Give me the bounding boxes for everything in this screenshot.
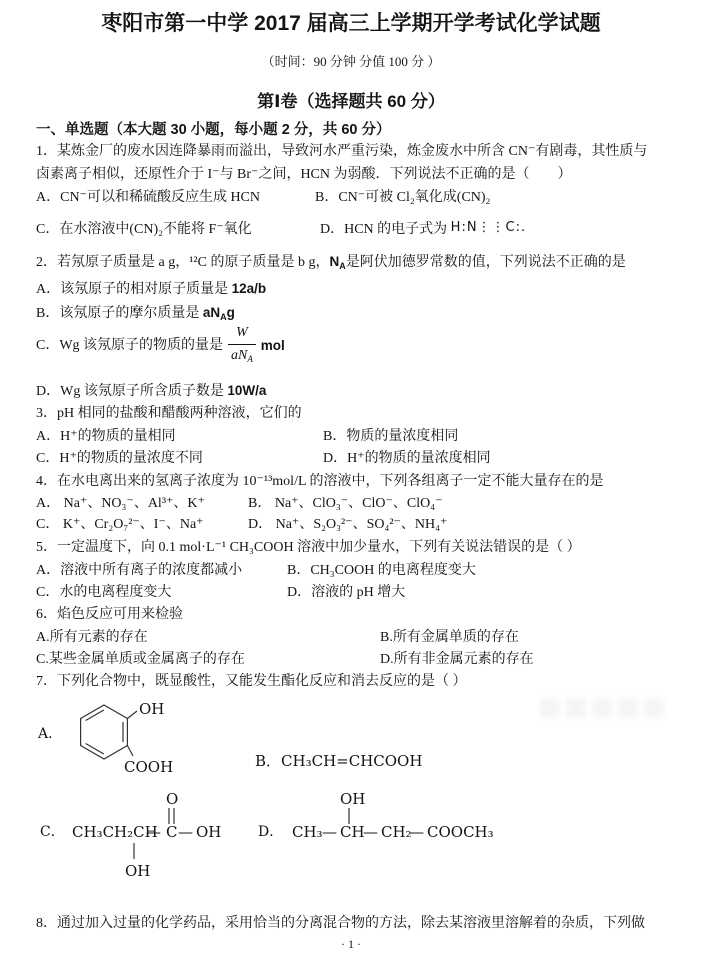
bond-dash: —	[322, 823, 337, 841]
q8-stem: 8．通过加入过量的化学药品，采用恰当的分离混合物的方法，除去某溶液里溶解着的杂质…	[36, 914, 645, 934]
q4-options-cd: C． K⁺、Cr₂O₇²⁻、I⁻、Na⁺ D． Na⁺、S₂O₃²⁻、SO₄²⁻…	[36, 515, 204, 535]
page-title: 枣阳市第一中学 2017 届高三上学期开学考试化学试题	[0, 14, 702, 34]
q3-options-cd: C．H⁺的物质的量浓度不同 D．H⁺的物质的量浓度相同	[36, 449, 203, 469]
ch-group: CH	[340, 823, 365, 841]
q2-stem: 2．若氖原子质量是 a g，¹²C 的原子质量是 b g，NA是阿伏加德罗常数的…	[36, 252, 626, 276]
q1-stem-line1: 1．某炼金厂的废水因连降暴雨而溢出，导致河水严重污染，炼金废水中所含 CN⁻有剧…	[36, 142, 647, 162]
q2-option-a-formula: 12a/b	[232, 281, 267, 296]
q2-option-b-text: B．该氖原子的摩尔质量是	[36, 306, 203, 321]
q7-stem: 7．下列化合物中，既显酸性，又能发生酯化反应和消去反应的是（ ）	[36, 672, 467, 692]
q2-option-c: C．Wg 该氖原子的物质的量是 W aNA mol	[36, 323, 285, 369]
q7-option-a-label: A．	[37, 726, 62, 742]
q7-option-c-label: C．	[40, 824, 65, 840]
q6-option-b: B.所有金属单质的存在	[380, 628, 519, 648]
q5-stem: 5．一定温度下，向 0.1 mol·L⁻¹ CH₃COOH 溶液中加少量水，下列…	[36, 538, 581, 558]
watermark	[540, 698, 700, 724]
q3-option-d: D．H⁺的物质的量浓度相同	[323, 449, 491, 469]
mole-fraction: W aNA	[228, 323, 256, 369]
q5-options-cd: C．水的电离程度变大 D．溶液的 pH 增大	[36, 583, 171, 603]
q2-option-d-text: D．Wg 该氖原子所含质子数是	[36, 384, 227, 399]
section1-heading: 第Ⅰ卷（选择题共 60 分）	[0, 92, 702, 112]
q4-stem: 4．在水电离出来的氢离子浓度为 10⁻¹³mol/L 的溶液中，下列各组离子一定…	[36, 472, 603, 492]
page-number: · 1 ·	[0, 934, 702, 954]
part1-heading: 一、单选题（本大题 30 小题，每小题 2 分，共 60 分）	[36, 120, 391, 140]
carboxyl-label: COOH	[124, 758, 173, 776]
benzene-ring	[81, 705, 137, 759]
q5-option-a: A．溶液中所有离子的浓度都减小	[36, 563, 242, 578]
q3-options-ab: A．H⁺的物质的量相同 B．物质的量浓度相同	[36, 427, 176, 447]
q7-option-a-structure: A． OH COOH	[32, 694, 242, 778]
q1-option-d: D．HCN 的电子式为 H:N⋮⋮C:.	[320, 220, 526, 240]
q1-option-d-text: D．HCN 的电子式为	[320, 222, 447, 237]
bond-dash: —	[178, 823, 193, 841]
q5-option-c: C．水的电离程度变大	[36, 585, 171, 600]
q6-options-cd: C.某些金属单质或金属离子的存在 D.所有非金属元素的存在	[36, 650, 245, 670]
q6-stem: 6．焰色反应可用来检验	[36, 605, 183, 625]
carbonyl-carbon: C	[166, 823, 177, 841]
q4-options-ab: A． Na⁺、NO₃⁻、Al³⁺、K⁺ B． Na⁺、ClO₃⁻、ClO⁻、Cl…	[36, 494, 205, 514]
q1-option-c: C．在水溶液中(CN)₂不能将 F⁻氧化	[36, 222, 252, 237]
q1-option-a: A．CN⁻可以和稀硫酸反应生成 HCN	[36, 190, 260, 205]
q4-option-c: C． K⁺、Cr₂O₇²⁻、I⁻、Na⁺	[36, 517, 204, 532]
q4-option-d: D． Na⁺、S₂O₃²⁻、SO₄²⁻、NH₄⁺	[248, 515, 447, 535]
q7-option-b: B．CH₃CH=CHCOOH	[255, 751, 422, 771]
time-score-subtitle: （时间：90 分钟 分值 100 分 ）	[0, 52, 702, 72]
q5-option-b: B．CH₃COOH 的电离程度变大	[287, 561, 476, 581]
q7-option-d-label: D．	[258, 824, 283, 840]
q2-option-a: A．该氖原子的相对原子质量是 12a/b	[36, 279, 266, 300]
q2-stem-pre: 2．若氖原子质量是 a g，¹²C 的原子质量是 b g，	[36, 255, 329, 270]
q4-option-a: A． Na⁺、NO₃⁻、Al³⁺、K⁺	[36, 496, 205, 511]
q2-option-d: D．Wg 该氖原子所含质子数是 10W/a	[36, 381, 266, 402]
bond-dash: —	[363, 823, 378, 841]
q3-stem: 3．pH 相同的盐酸和醋酸两种溶液，它们的	[36, 404, 302, 424]
benzene-hexagon	[81, 705, 128, 759]
ester-group: COOCH₃	[427, 823, 494, 841]
fraction-numerator: W	[228, 323, 256, 345]
q6-options-ab: A.所有元素的存在 B.所有金属单质的存在	[36, 628, 148, 648]
q6-option-d: D.所有非金属元素的存在	[380, 650, 534, 670]
q1-options-ab: A．CN⁻可以和稀硫酸反应生成 HCN B．CN⁻可被 Cl₂氧化成(CN)₂	[36, 188, 260, 208]
q2-option-a-text: A．该氖原子的相对原子质量是	[36, 282, 232, 297]
oh-bond	[127, 711, 137, 719]
q2-option-d-formula: 10W/a	[227, 383, 266, 398]
double-bond	[86, 710, 104, 721]
bond-dash: —	[409, 823, 424, 841]
q2-option-c-text: C．Wg 该氖原子的物质的量是	[36, 336, 223, 356]
q1-stem-line2: 卤素离子相似，还原性介于 I⁻与 Br⁻之间，HCN 为弱酸．下列说法不正确的是…	[36, 165, 572, 185]
hydroxyl-label: OH	[139, 700, 164, 718]
q1-option-b: B．CN⁻可被 Cl₂氧化成(CN)₂	[315, 188, 490, 208]
fraction-denominator: aNA	[228, 345, 256, 369]
q5-option-d: D．溶液的 pH 增大	[287, 583, 405, 603]
bond-dash: —	[146, 823, 161, 841]
q4-option-b: B． Na⁺、ClO₃⁻、ClO⁻、ClO₄⁻	[248, 494, 443, 514]
q6-option-a: A.所有元素的存在	[36, 630, 148, 645]
hcn-electron-formula: H:N⋮⋮C:.	[451, 220, 526, 235]
q2-stem-post: 是阿伏加德罗常数的值，下列说法不正确的是	[346, 255, 626, 270]
ch2-group: CH₂	[381, 823, 412, 841]
q5-options-ab: A．溶液中所有离子的浓度都减小 B．CH₃COOH 的电离程度变大	[36, 561, 242, 581]
chain-left: CH₃CH₂CH	[72, 823, 158, 841]
q3-option-c: C．H⁺的物质的量浓度不同	[36, 451, 203, 466]
q1-options-cd: C．在水溶液中(CN)₂不能将 F⁻氧化 D．HCN 的电子式为 H:N⋮⋮C:…	[36, 220, 252, 240]
q2-option-b-formula: aNAg	[203, 305, 235, 320]
avogadro-symbol: NA	[329, 254, 345, 269]
exam-paper-page: 枣阳市第一中学 2017 届高三上学期开学考试化学试题 （时间：90 分钟 分值…	[0, 0, 702, 958]
methyl-group: CH₃	[292, 823, 323, 841]
q7-option-c-structure: C． CH₃CH₂CH — C — OH O OH	[38, 786, 268, 882]
q3-option-b: B．物质的量浓度相同	[323, 427, 458, 447]
q7-option-d-structure: D． CH₃ — CH — CH₂ — COOCH₃ OH	[256, 786, 516, 882]
hydroxyl-right: OH	[196, 823, 221, 841]
double-bond	[86, 744, 104, 755]
q6-option-c: C.某些金属单质或金属离子的存在	[36, 652, 245, 667]
q3-option-a: A．H⁺的物质的量相同	[36, 429, 176, 444]
mol-unit: mol	[261, 336, 285, 356]
hydroxyl-bottom: OH	[125, 862, 150, 880]
cooh-bond	[127, 746, 133, 757]
hydroxyl-top: OH	[340, 790, 365, 808]
carbonyl-oxygen: O	[166, 790, 178, 808]
